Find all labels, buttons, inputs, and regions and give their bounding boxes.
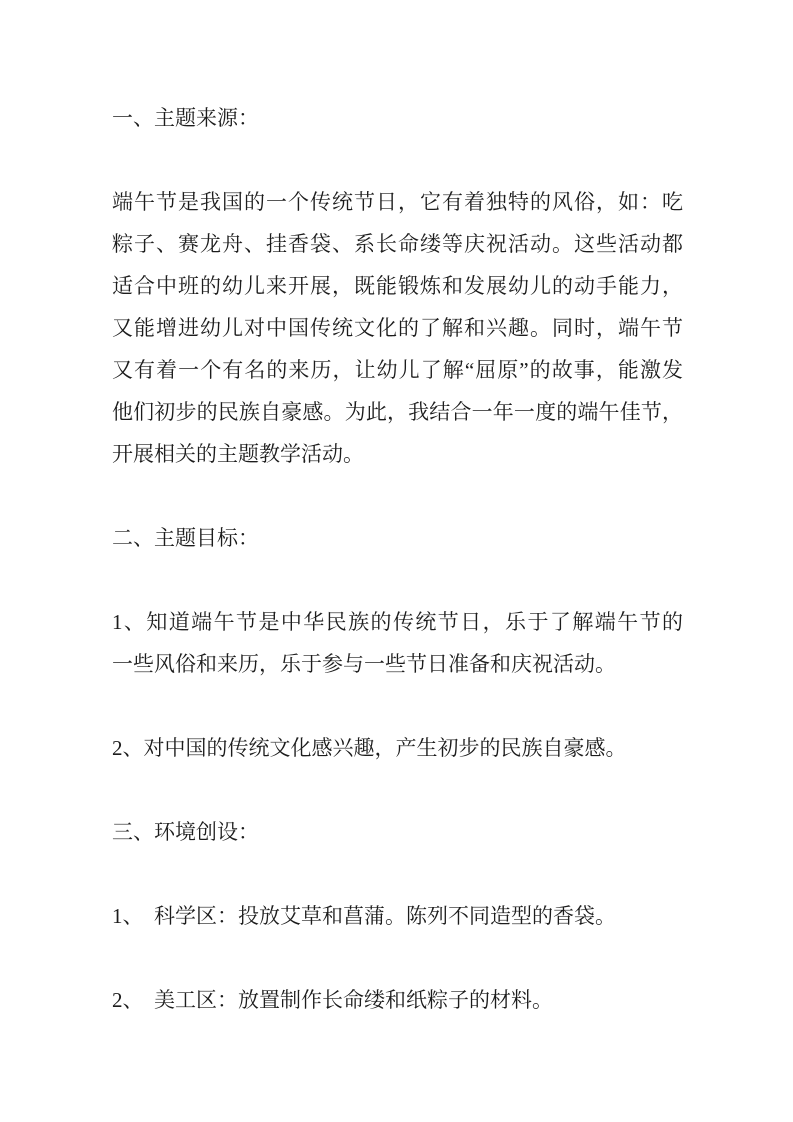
text-line: 1、 科学区：投放艾草和菖蒲。陈列不同造型的香袋。 bbox=[112, 895, 683, 937]
list-item-art-area: 2、 美工区：放置制作长命缕和纸粽子的材料。 bbox=[112, 979, 683, 1021]
heading-environment-setup: 三、环境创设： bbox=[112, 811, 683, 853]
text-line: 粽子、赛龙舟、挂香袋、系长命缕等庆祝活动。这些活动都 bbox=[112, 223, 683, 265]
heading-theme-goals: 二、主题目标： bbox=[112, 517, 683, 559]
heading-theme-source: 一、主题来源： bbox=[112, 97, 683, 139]
list-item-science-area: 1、 科学区：投放艾草和菖蒲。陈列不同造型的香袋。 bbox=[112, 895, 683, 937]
document-content: 一、主题来源： 端午节是我国的一个传统节日，它有着独特的风俗，如：吃 粽子、赛龙… bbox=[112, 97, 683, 1063]
text-line: 端午节是我国的一个传统节日，它有着独特的风俗，如：吃 bbox=[112, 181, 683, 223]
text-line: 一些风俗和来历，乐于参与一些节日准备和庆祝活动。 bbox=[112, 643, 683, 685]
list-item-goal-1: 1、知道端午节是中华民族的传统节日，乐于了解端午节的 一些风俗和来历，乐于参与一… bbox=[112, 601, 683, 685]
text-line: 1、知道端午节是中华民族的传统节日，乐于了解端午节的 bbox=[112, 601, 683, 643]
text-line: 又能增进幼儿对中国传统文化的了解和兴趣。同时，端午节 bbox=[112, 307, 683, 349]
list-item-goal-2: 2、对中国的传统文化感兴趣，产生初步的民族自豪感。 bbox=[112, 727, 683, 769]
text-line: 他们初步的民族自豪感。为此，我结合一年一度的端午佳节， bbox=[112, 391, 683, 433]
paragraph-theme-source: 端午节是我国的一个传统节日，它有着独特的风俗，如：吃 粽子、赛龙舟、挂香袋、系长… bbox=[112, 181, 683, 475]
text-line: 2、对中国的传统文化感兴趣，产生初步的民族自豪感。 bbox=[112, 727, 683, 769]
text-line: 又有着一个有名的来历，让幼儿了解“屈原”的故事，能激发 bbox=[112, 349, 683, 391]
document-page: 一、主题来源： 端午节是我国的一个传统节日，它有着独特的风俗，如：吃 粽子、赛龙… bbox=[0, 0, 793, 1122]
text-line: 开展相关的主题教学活动。 bbox=[112, 433, 683, 475]
text-line: 适合中班的幼儿来开展，既能锻炼和发展幼儿的动手能力， bbox=[112, 265, 683, 307]
text-line: 2、 美工区：放置制作长命缕和纸粽子的材料。 bbox=[112, 979, 683, 1021]
